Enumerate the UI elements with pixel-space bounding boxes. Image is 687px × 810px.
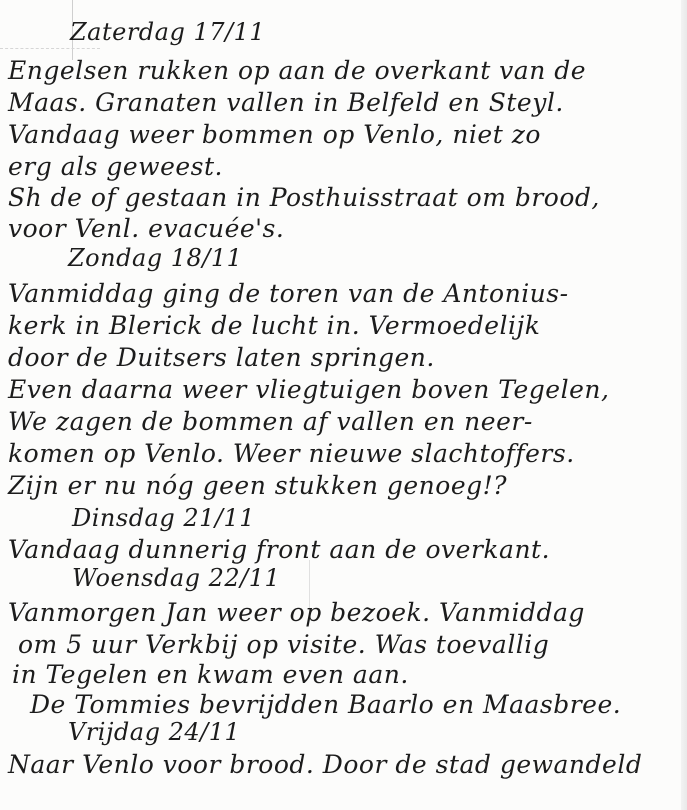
entry-line: We zagen de bommen af vallen en neer- <box>8 407 533 436</box>
entry-line: Vanmiddag ging de toren van de Antonius- <box>8 279 569 308</box>
entry-line: Vandaag dunnerig front aan de overkant. <box>8 535 550 564</box>
entry-line: Vandaag weer bommen op Venlo, niet zo <box>8 120 541 149</box>
entry-line: komen op Venlo. Weer nieuwe slachtoffers… <box>8 439 575 468</box>
entry-line: De Tommies bevrijdden Baarlo en Maasbree… <box>30 690 621 719</box>
entry-line: Engelsen rukken op aan de overkant van d… <box>8 56 586 85</box>
entry-line: voor Venl. evacuée's. <box>8 214 284 243</box>
paper-fold-horizontal <box>0 48 100 50</box>
page-edge-shadow <box>681 0 687 810</box>
entry-line: Zijn er nu nóg geen stukken genoeg!? <box>8 471 507 500</box>
entry-line: Vanmorgen Jan weer op bezoek. Vanmiddag <box>8 598 585 627</box>
entry-line: Even daarna weer vliegtuigen boven Tegel… <box>8 375 609 404</box>
entry-line: Naar Venlo voor brood. Door de stad gewa… <box>8 750 642 779</box>
entry-line: Maas. Granaten vallen in Belfeld en Stey… <box>8 88 564 117</box>
entry-line: kerk in Blerick de lucht in. Vermoedelij… <box>8 311 540 340</box>
entry-line: in Tegelen en kwam even aan. <box>12 660 409 689</box>
entry-date-heading: Zaterdag 17/11 <box>70 18 265 46</box>
entry-line: door de Duitsers laten springen. <box>8 343 435 372</box>
entry-line: om 5 uur Verkbij op visite. Was toevalli… <box>18 630 549 659</box>
diary-page: Zaterdag 17/11 Engelsen rukken op aan de… <box>0 0 687 810</box>
entry-date-heading: Zondag 18/11 <box>68 244 242 272</box>
entry-date-heading: Woensdag 22/11 <box>72 564 280 592</box>
entry-date-heading: Dinsdag 21/11 <box>72 504 255 532</box>
entry-line: erg als geweest. <box>8 152 223 181</box>
entry-date-heading: Vrijdag 24/11 <box>68 718 240 746</box>
entry-line: Sh de of gestaan in Posthuisstraat om br… <box>8 183 600 212</box>
